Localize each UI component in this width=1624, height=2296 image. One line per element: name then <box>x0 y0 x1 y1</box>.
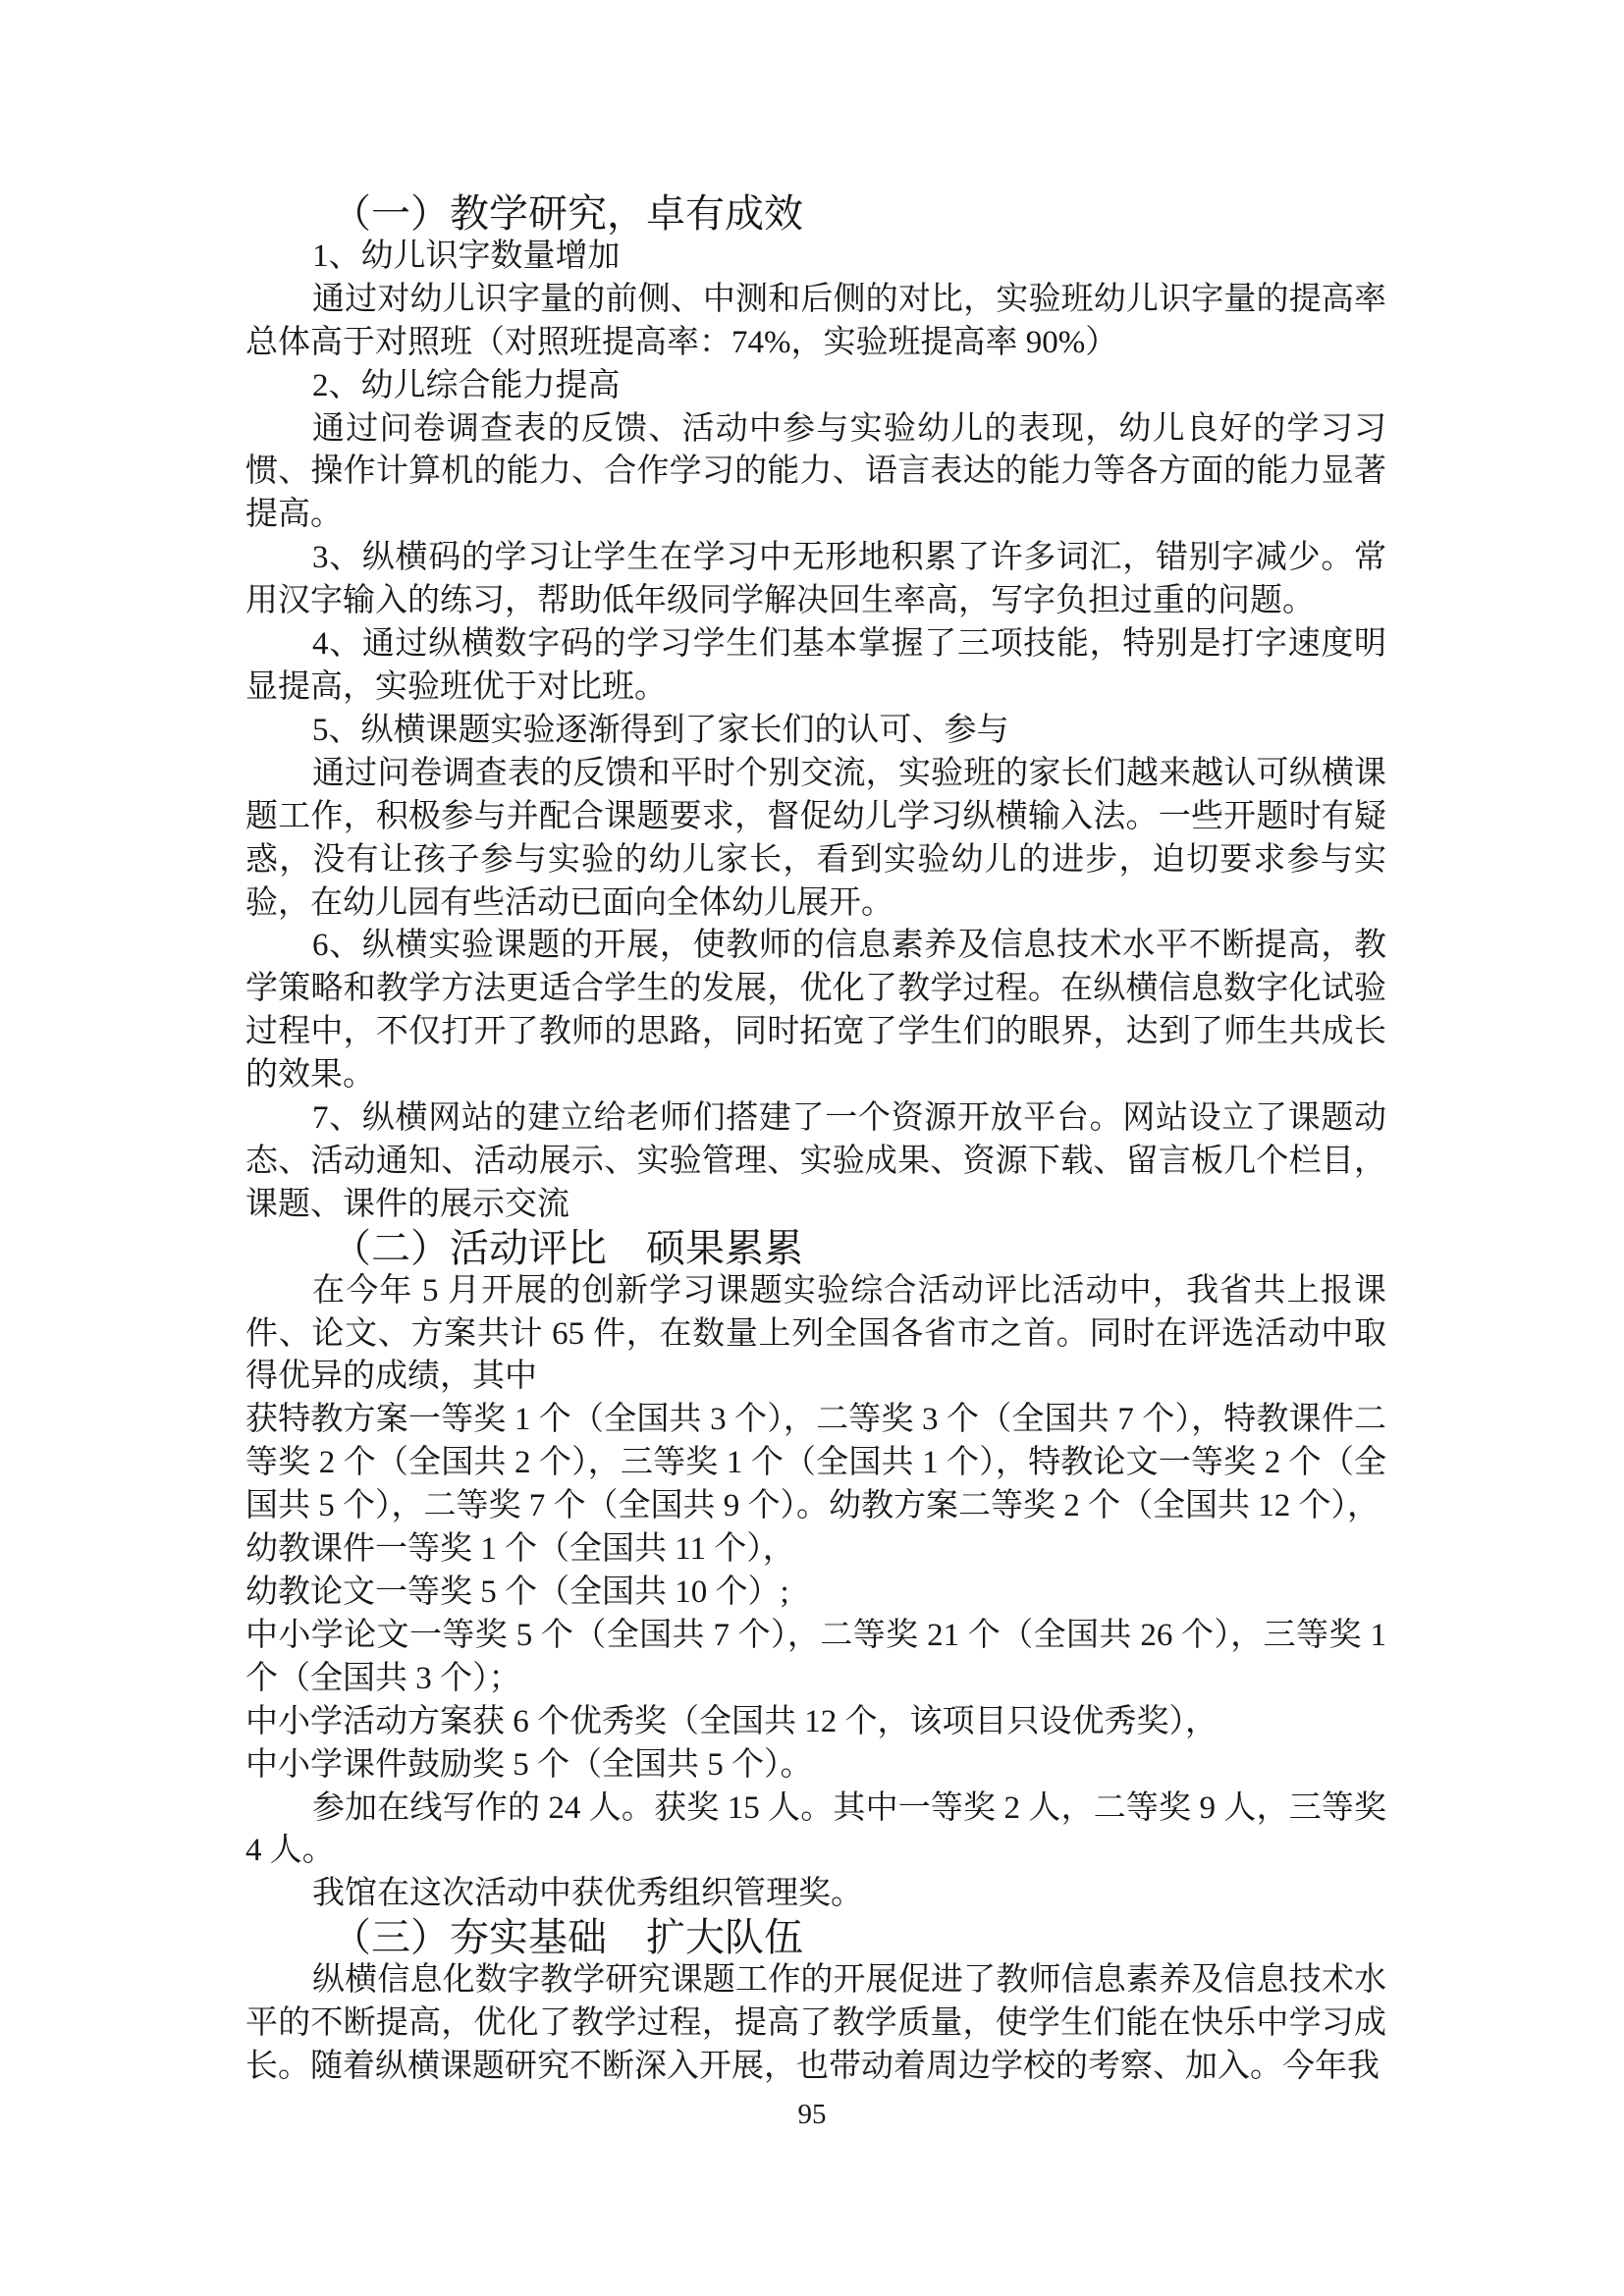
section-2-heading: （二）活动评比 硕果累累 <box>245 1227 1386 1270</box>
awards-school-papers: 中小学论文一等奖 5 个（全国共 7 个），二等奖 21 个（全国共 26 个）… <box>245 1615 1386 1701</box>
para-foundation: 纵横信息化数字教学研究课题工作的开展促进了教师信息素养及信息技术水平的不断提高，… <box>245 1959 1386 2089</box>
section-3-heading: （三）夯实基础 扩大队伍 <box>245 1916 1386 1959</box>
para-organization-award: 我馆在这次活动中获优秀组织管理奖。 <box>245 1873 1386 1916</box>
para-item-5: 通过问卷调查表的反馈和平时个别交流，实验班的家长们越来越认可纵横课题工作，积极参… <box>245 753 1386 926</box>
para-item-1: 通过对幼儿识字量的前侧、中测和后侧的对比，实验班幼儿识字量的提高率总体高于对照班… <box>245 279 1386 365</box>
document-content: （一）教学研究，卓有成效1、幼儿识字数量增加通过对幼儿识字量的前侧、中测和后侧的… <box>245 192 1386 2089</box>
para-online-writing: 参加在线写作的 24 人。获奖 15 人。其中一等奖 2 人，二等奖 9 人，三… <box>245 1788 1386 1874</box>
awards-school-activity-plans: 中小学活动方案获 6 个优秀奖（全国共 12 个，该项目只设优秀奖）， <box>245 1701 1386 1744</box>
awards-school-courseware: 中小学课件鼓励奖 5 个（全国共 5 个）。 <box>245 1744 1386 1788</box>
item-1-title: 1、幼儿识字数量增加 <box>245 236 1386 279</box>
awards-special-ed: 获特教方案一等奖 1 个（全国共 3 个），二等奖 3 个（全国共 7 个），特… <box>245 1399 1386 1528</box>
page-number: 95 <box>0 2097 1624 2132</box>
document-page: （一）教学研究，卓有成效1、幼儿识字数量增加通过对幼儿识字量的前侧、中测和后侧的… <box>0 0 1624 2296</box>
item-5-title: 5、纵横课题实验逐渐得到了家长们的认可、参与 <box>245 710 1386 753</box>
item-2-title: 2、幼儿综合能力提高 <box>245 365 1386 408</box>
para-item-7: 7、纵横网站的建立给老师们搭建了一个资源开放平台。网站设立了课题动态、活动通知、… <box>245 1097 1386 1227</box>
awards-preschool-papers: 幼教论文一等奖 5 个（全国共 10 个）; <box>245 1572 1386 1615</box>
para-item-3: 3、纵横码的学习让学生在学习中无形地积累了许多词汇，错别字减少。常用汉字输入的练… <box>245 537 1386 623</box>
section-1-heading: （一）教学研究，卓有成效 <box>245 192 1386 236</box>
para-activity-overview: 在今年 5 月开展的创新学习课题实验综合活动评比活动中，我省共上报课件、论文、方… <box>245 1270 1386 1400</box>
awards-preschool-courseware: 幼教课件一等奖 1 个（全国共 11 个）， <box>245 1528 1386 1572</box>
para-item-6: 6、纵横实验课题的开展，使教师的信息素养及信息技术水平不断提高，教学策略和教学方… <box>245 925 1386 1097</box>
para-item-2: 通过问卷调查表的反馈、活动中参与实验幼儿的表现，幼儿良好的学习习惯、操作计算机的… <box>245 408 1386 538</box>
para-item-4: 4、通过纵横数字码的学习学生们基本掌握了三项技能，特别是打字速度明显提高，实验班… <box>245 623 1386 710</box>
